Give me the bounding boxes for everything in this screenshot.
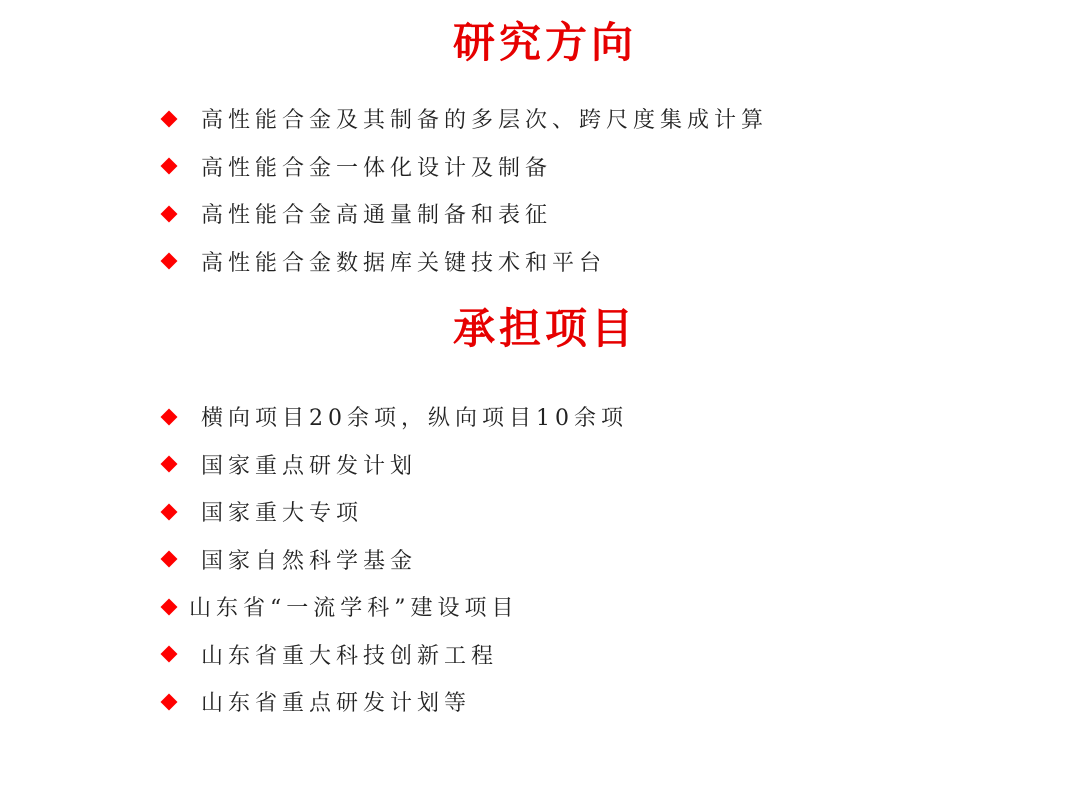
diamond-bullet-icon — [161, 646, 178, 663]
research-directions-title: 研究方向 — [0, 22, 1080, 64]
list-item-text: 国家重大专项 — [201, 496, 363, 527]
list-item: 国家重点研发计划 — [160, 441, 628, 489]
list-item: 高性能合金一体化设计及制备 — [160, 143, 768, 191]
list-item: 山东省“一流学科”建设项目 — [160, 583, 628, 631]
list-item: 国家重大专项 — [160, 488, 628, 536]
diamond-bullet-icon — [161, 551, 178, 568]
diamond-bullet-icon — [161, 253, 178, 270]
diamond-bullet-icon — [161, 158, 178, 175]
diamond-bullet-icon — [161, 408, 178, 425]
list-item: 横向项目20余项，纵向项目10余项 — [160, 393, 628, 441]
list-item: 山东省重大科技创新工程 — [160, 631, 628, 679]
list-item-text: 横向项目20余项，纵向项目10余项 — [201, 401, 628, 432]
projects-title: 承担项目 — [0, 308, 1080, 350]
diamond-bullet-icon — [161, 598, 178, 615]
list-item-text: 高性能合金数据库关键技术和平台 — [201, 246, 606, 277]
list-item-text: 山东省“一流学科”建设项目 — [189, 591, 519, 622]
research-directions-list: 高性能合金及其制备的多层次、跨尺度集成计算 高性能合金一体化设计及制备 高性能合… — [160, 95, 768, 285]
list-item-text: 高性能合金一体化设计及制备 — [201, 151, 552, 182]
list-item-text: 国家重点研发计划 — [201, 449, 417, 480]
diamond-bullet-icon — [161, 693, 178, 710]
list-item: 山东省重点研发计划等 — [160, 678, 628, 726]
list-item-text: 山东省重点研发计划等 — [201, 686, 471, 717]
list-item-text: 高性能合金及其制备的多层次、跨尺度集成计算 — [201, 103, 768, 134]
list-item: 高性能合金数据库关键技术和平台 — [160, 238, 768, 286]
list-item-text: 高性能合金高通量制备和表征 — [201, 198, 552, 229]
list-item: 高性能合金及其制备的多层次、跨尺度集成计算 — [160, 95, 768, 143]
list-item-text: 山东省重大科技创新工程 — [201, 639, 498, 670]
projects-list: 横向项目20余项，纵向项目10余项 国家重点研发计划 国家重大专项 国家自然科学… — [160, 393, 628, 726]
diamond-bullet-icon — [161, 503, 178, 520]
list-item: 高性能合金高通量制备和表征 — [160, 190, 768, 238]
diamond-bullet-icon — [161, 205, 178, 222]
list-item-text: 国家自然科学基金 — [201, 544, 417, 575]
diamond-bullet-icon — [161, 110, 178, 127]
diamond-bullet-icon — [161, 456, 178, 473]
list-item: 国家自然科学基金 — [160, 536, 628, 584]
